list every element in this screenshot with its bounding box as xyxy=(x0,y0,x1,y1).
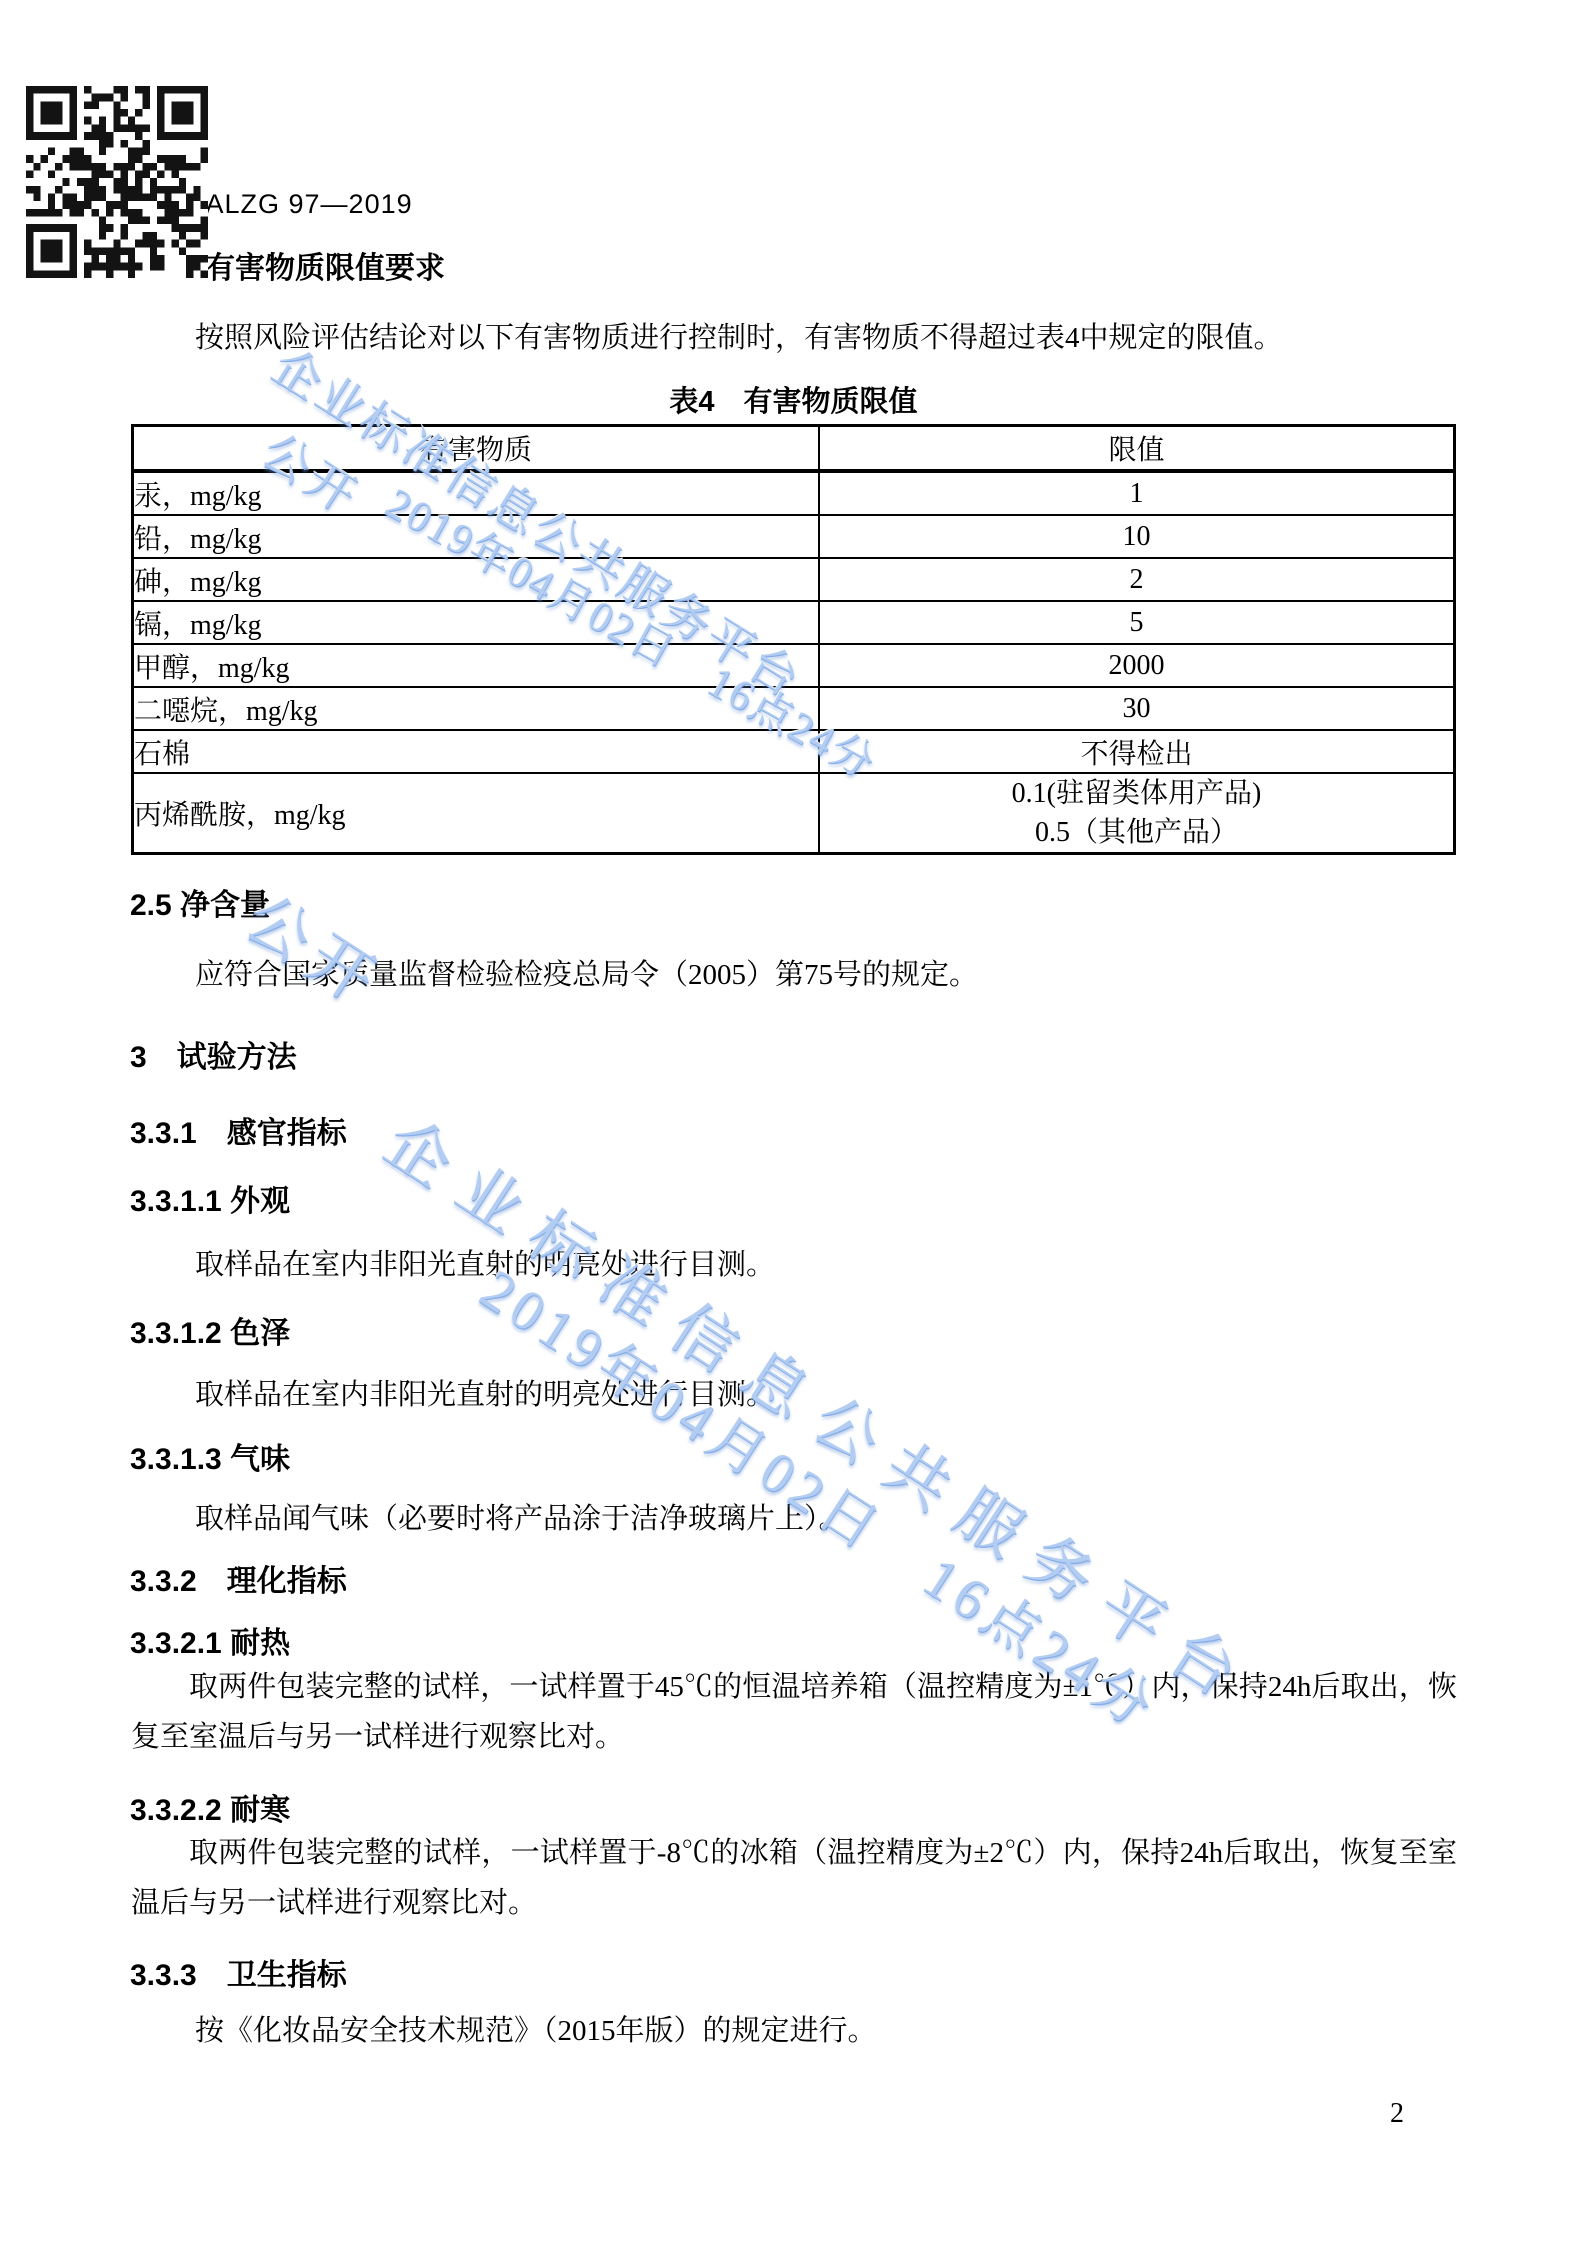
paragraph-3-3-1-1: 取样品在室内非阳光直射的明亮处进行目测。 xyxy=(195,1242,775,1283)
cell-substance: 石棉 xyxy=(133,730,820,773)
cell-limit-line2: 0.5（其他产品） xyxy=(820,813,1453,852)
column-header-limit: 限值 xyxy=(819,426,1455,472)
heading-3-3-1-2: 3.3.1.2 色泽 xyxy=(130,1308,290,1352)
table-row: 镉，mg/kg 5 xyxy=(133,601,1455,644)
table-row: 二噁烷，mg/kg 30 xyxy=(133,687,1455,730)
table-row: 汞，mg/kg 1 xyxy=(133,471,1455,515)
qr-code xyxy=(26,86,208,278)
paragraph-2-4-2: 按照风险评估结论对以下有害物质进行控制时，有害物质不得超过表4中规定的限值。 xyxy=(195,315,1283,356)
heading-3-3-1-3: 3.3.1.3 气味 xyxy=(130,1434,290,1478)
heading-3: 3 试验方法 xyxy=(130,1032,297,1076)
paragraph-3-3-2-2: 取两件包装完整的试样，一试样置于-8℃的冰箱（温控精度为±2℃）内，保持24h后… xyxy=(131,1828,1457,1928)
table-row: 铅，mg/kg 10 xyxy=(133,515,1455,558)
column-header-substance: 有害物质 xyxy=(133,426,820,472)
cell-limit: 2000 xyxy=(819,644,1455,687)
cell-limit: 2 xyxy=(819,558,1455,601)
table-row: 石棉 不得检出 xyxy=(133,730,1455,773)
cell-limit: 1 xyxy=(819,471,1455,515)
heading-3-3-2-1: 3.3.2.1 耐热 xyxy=(130,1618,290,1662)
paragraph-3-3-1-2: 取样品在室内非阳光直射的明亮处进行目测。 xyxy=(195,1372,775,1413)
heading-3-3-1-1: 3.3.1.1 外观 xyxy=(130,1176,290,1220)
table-header-row: 有害物质 限值 xyxy=(133,426,1455,472)
heading-3-3-2-2: 3.3.2.2 耐寒 xyxy=(130,1785,290,1829)
paragraph-3-3-2-1: 取两件包装完整的试样，一试样置于45℃的恒温培养箱（温控精度为±1℃）内，保持2… xyxy=(131,1662,1457,1762)
table-row: 丙烯酰胺，mg/kg 0.1(驻留类体用产品) 0.5（其他产品） xyxy=(133,773,1455,854)
cell-limit: 5 xyxy=(819,601,1455,644)
cell-substance: 甲醇，mg/kg xyxy=(133,644,820,687)
heading-3-3-2: 3.3.2 理化指标 xyxy=(130,1556,347,1600)
paragraph-3-3-1-3: 取样品闻气味（必要时将产品涂于洁净玻璃片上）。 xyxy=(195,1496,848,1537)
cell-limit: 不得检出 xyxy=(819,730,1455,773)
page-number: 2 xyxy=(1390,2098,1404,2130)
cell-limit-line1: 0.1(驻留类体用产品) xyxy=(820,774,1453,813)
heading-3-3-1: 3.3.1 感官指标 xyxy=(130,1108,347,1152)
table-row: 甲醇，mg/kg 2000 xyxy=(133,644,1455,687)
cell-limit: 30 xyxy=(819,687,1455,730)
cell-substance: 砷，mg/kg xyxy=(133,558,820,601)
paragraph-2-5: 应符合国家质量监督检验检疫总局令（2005）第75号的规定。 xyxy=(195,952,978,993)
cell-limit: 10 xyxy=(819,515,1455,558)
hazard-limit-table: 有害物质 限值 汞，mg/kg 1 铅，mg/kg 10 砷，mg/kg 2 镉… xyxy=(131,424,1456,855)
cell-limit: 0.1(驻留类体用产品) 0.5（其他产品） xyxy=(819,773,1455,854)
cell-substance: 二噁烷，mg/kg xyxy=(133,687,820,730)
cell-substance: 铅，mg/kg xyxy=(133,515,820,558)
cell-substance: 丙烯酰胺，mg/kg xyxy=(133,773,820,854)
doc-code: /ALZG 97—2019 xyxy=(197,189,413,220)
cell-substance: 汞，mg/kg xyxy=(133,471,820,515)
document-page: 企业标准信息公共服务平台 公开 2019年04月02日 16点24分 企业标准信… xyxy=(0,0,1588,2245)
table-row: 砷，mg/kg 2 xyxy=(133,558,1455,601)
paragraph-3-3-3: 按《化妆品安全技术规范》（2015年版）的规定进行。 xyxy=(195,2008,877,2049)
cell-substance: 镉，mg/kg xyxy=(133,601,820,644)
heading-2-5: 2.5 净含量 xyxy=(130,880,270,924)
table-title: 表4 有害物质限值 xyxy=(131,379,1456,420)
heading-3-3-3: 3.3.3 卫生指标 xyxy=(130,1950,347,1994)
